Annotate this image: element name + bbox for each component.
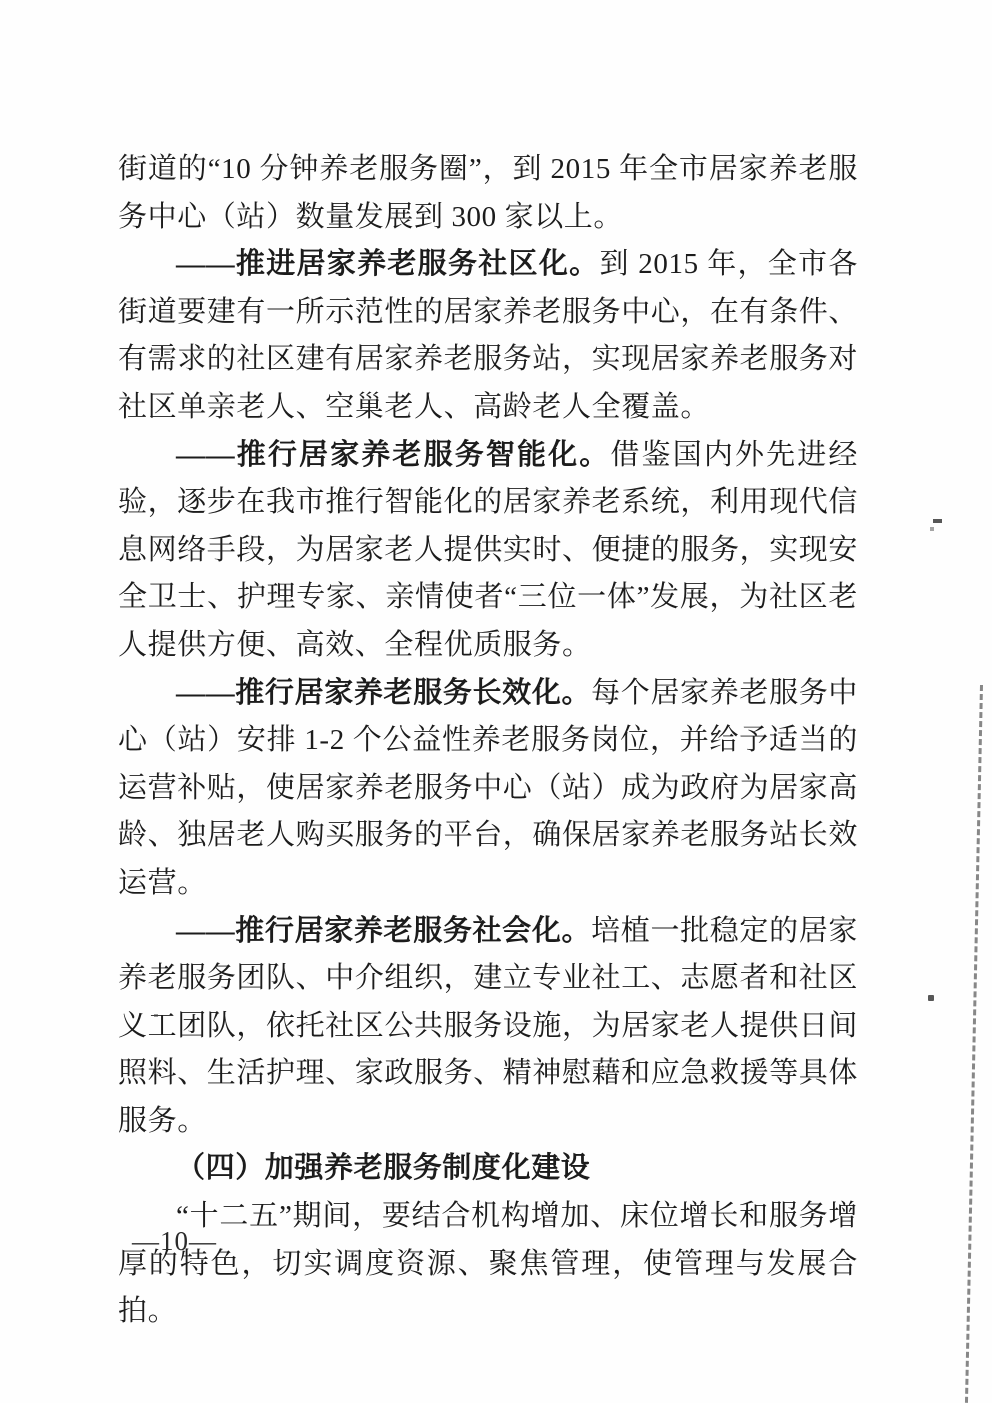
paragraph-lead: ——推进居家养老服务社区化。 [176,248,599,280]
scan-speck [933,519,942,523]
paragraph-socialization: ——推行居家养老服务社会化。培植一批稳定的居家养老服务团队、中介组织，建立专业社… [118,908,858,1146]
document-body: 街道的“10 分钟养老服务圈”，到 2015 年全市居家养老服务中心（站）数量发… [118,146,858,1336]
scan-edge-artifact [965,685,983,1403]
paragraph-long-term: ——推行居家养老服务长效化。每个居家养老服务中心（站）安排 1-2 个公益性养老… [118,670,858,908]
paragraph-smart-services: ——推行居家养老服务智能化。借鉴国内外先进经验，逐步在我市推行智能化的居家养老系… [118,432,858,670]
paragraph-text: “十二五”期间，要结合机构增加、床位增长和服务增厚的特色，切实调度资源、聚焦管理… [118,1200,858,1327]
paragraph-text: 每个居家养老服务中心（站）安排 1-2 个公益性养老服务岗位，并给予适当的运营补… [118,677,858,899]
scan-speck [154,1014,158,1017]
scan-speck [930,527,934,531]
paragraph-lead: ——推行居家养老服务长效化。 [176,677,591,709]
paragraph-community-based: ——推进居家养老服务社区化。到 2015 年，全市各街道要建有一所示范性的居家养… [118,241,858,431]
document-page: 街道的“10 分钟养老服务圈”，到 2015 年全市居家养老服务中心（站）数量发… [0,0,992,1403]
paragraph-continuation: 街道的“10 分钟养老服务圈”，到 2015 年全市居家养老服务中心（站）数量发… [118,146,858,241]
scan-speck [928,995,934,1001]
page-number: —10— [132,1226,217,1257]
paragraph-text: 培植一批稳定的居家养老服务团队、中介组织，建立专业社工、志愿者和社区义工团队，依… [118,915,858,1137]
paragraph-text: 借鉴国内外先进经验，逐步在我市推行智能化的居家养老系统，利用现代信息网络手段，为… [118,439,858,661]
heading-text: （四）加强养老服务制度化建设 [176,1152,590,1184]
paragraph-lead: ——推行居家养老服务智能化。 [176,439,610,471]
paragraph-text: 街道的“10 分钟养老服务圈”，到 2015 年全市居家养老服务中心（站）数量发… [118,153,858,233]
paragraph-twelfth-five-year: “十二五”期间，要结合机构增加、床位增长和服务增厚的特色，切实调度资源、聚焦管理… [118,1193,858,1336]
section-heading-four: （四）加强养老服务制度化建设 [118,1145,858,1193]
paragraph-lead: ——推行居家养老服务社会化。 [176,915,591,947]
